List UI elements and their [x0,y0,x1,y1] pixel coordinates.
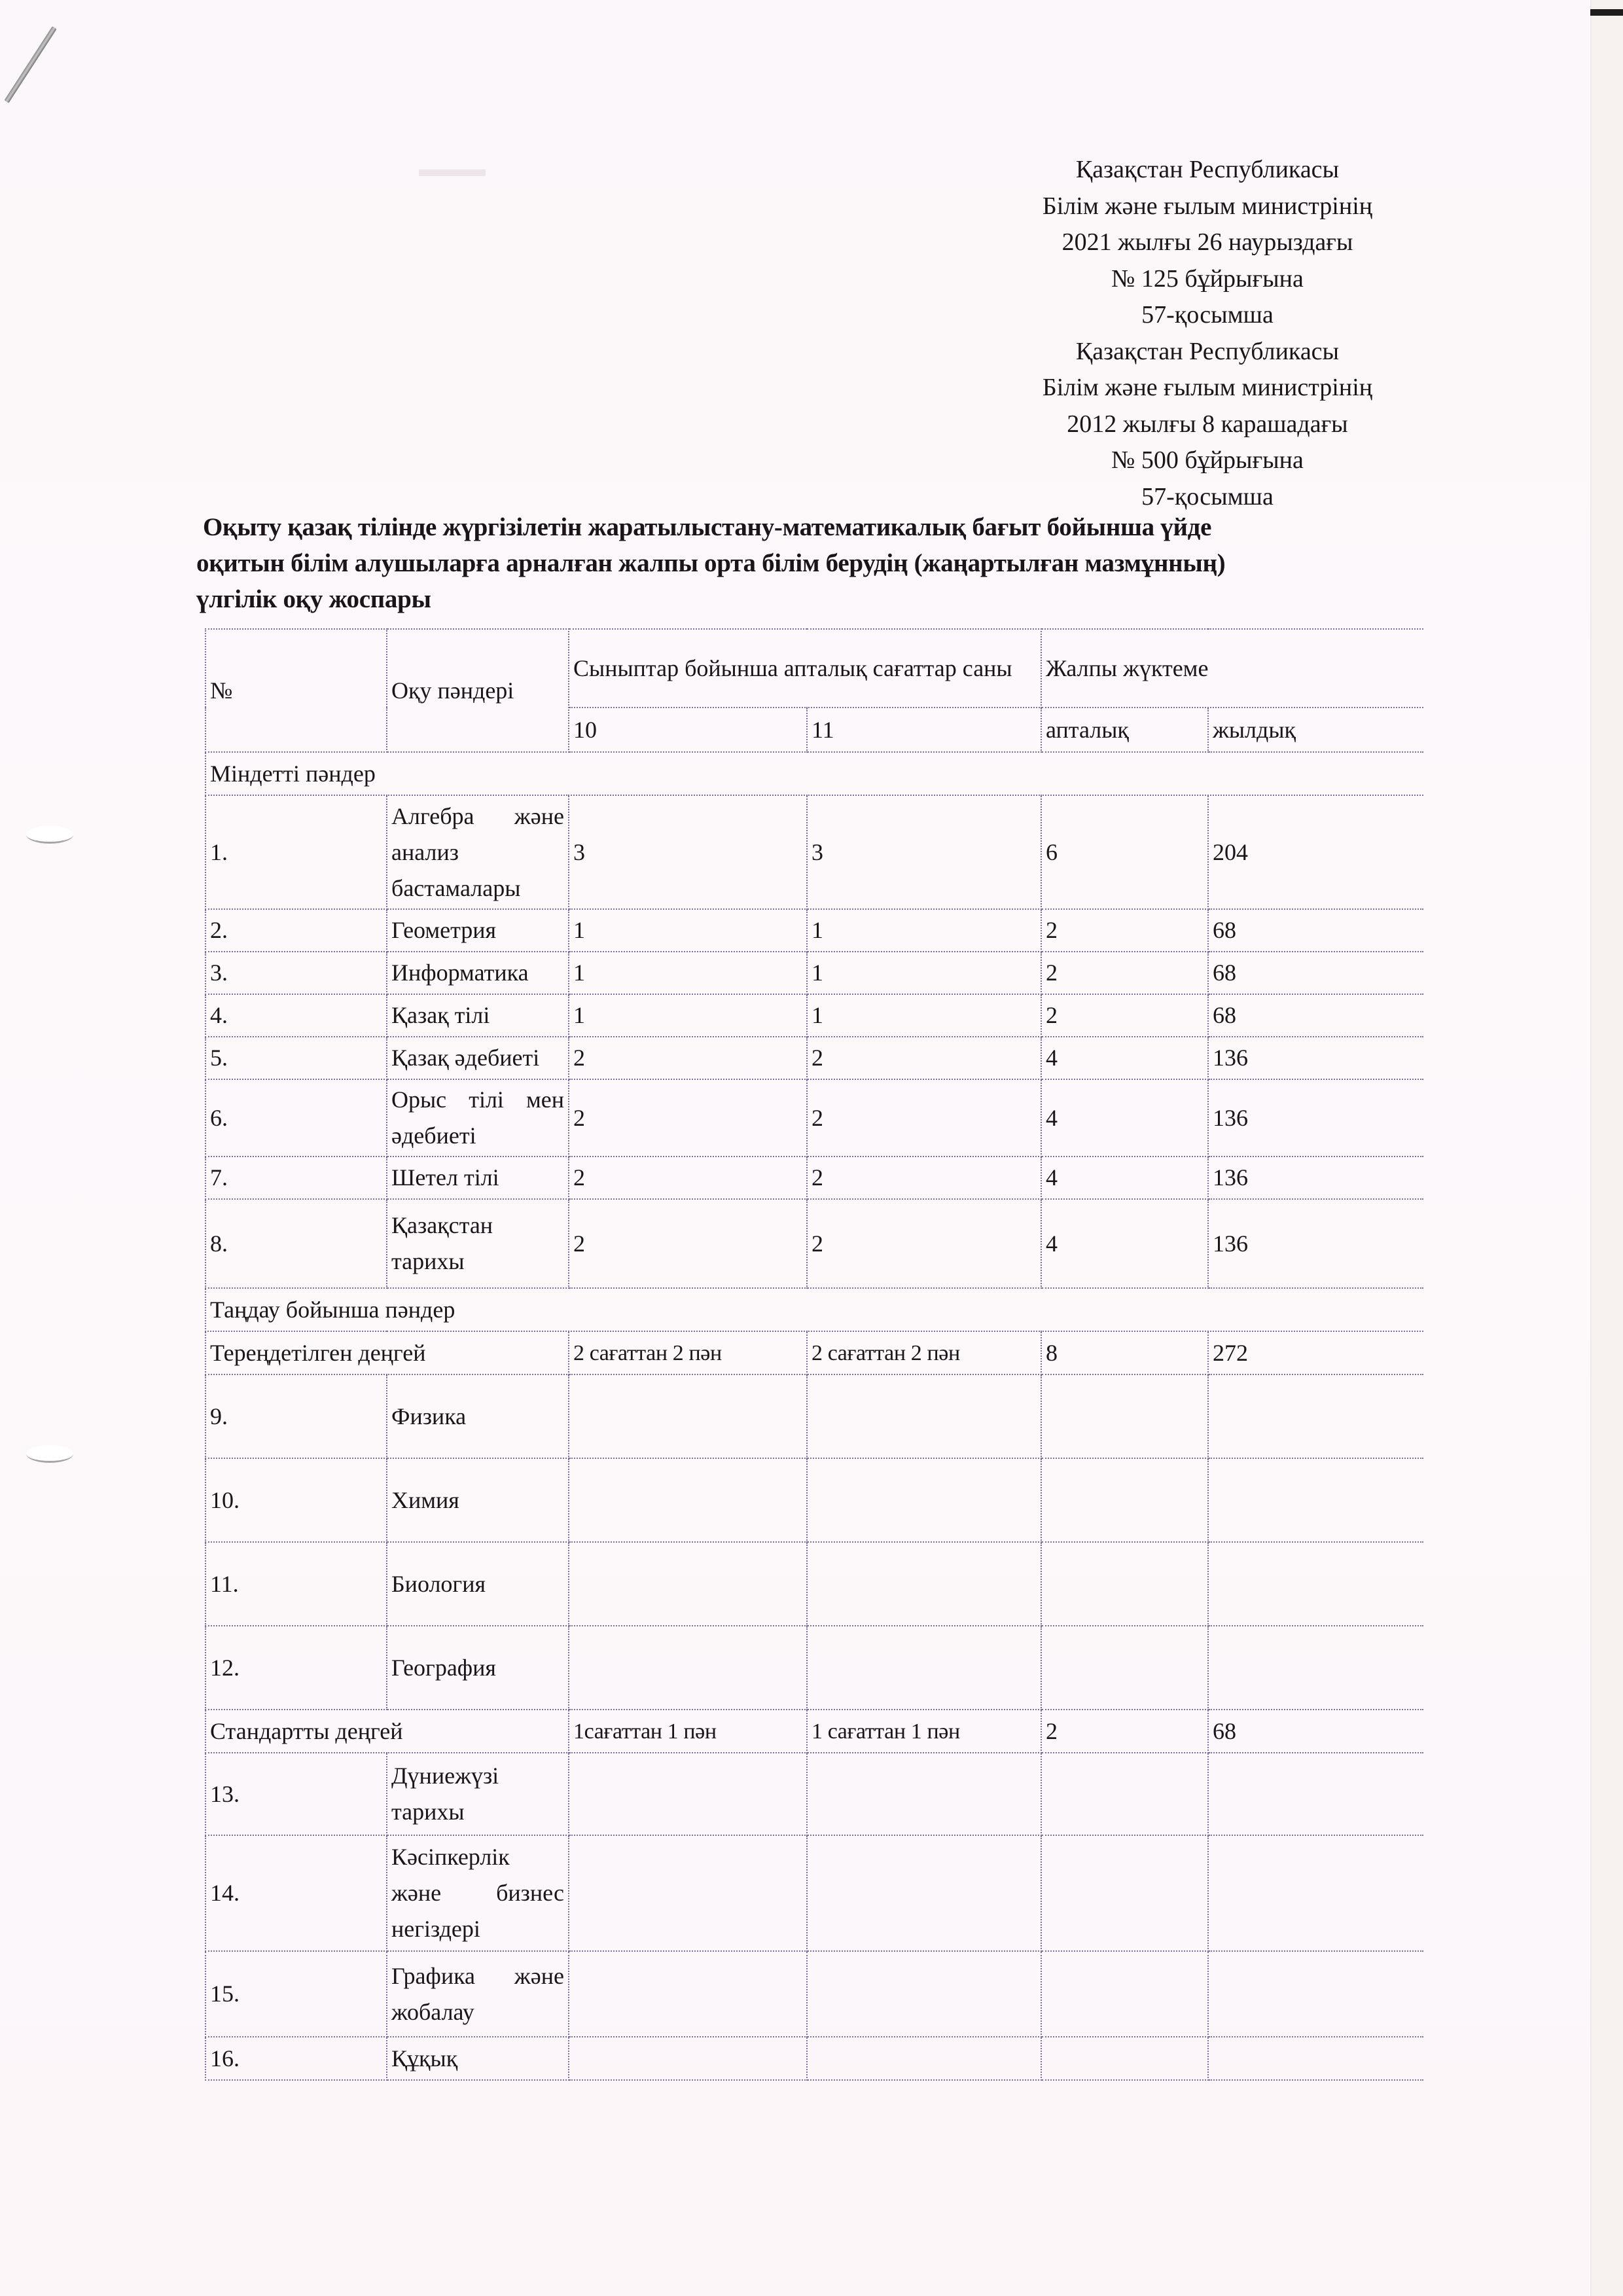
bleed-through-mark: ▬▬▬ [419,157,486,182]
row-weekly [1041,1542,1208,1626]
table-row: 16. Құқық [205,2037,1423,2080]
row-grade-11 [807,2037,1041,2080]
row-subject: Шетел тілі [387,1157,569,1199]
row-subject: Физика [387,1374,569,1458]
scan-edge-shadow [1590,9,1623,16]
level-grade-11: 2 сағаттан 2 пән [807,1331,1041,1374]
row-grade-10: 2 [569,1157,807,1199]
row-weekly [1041,1458,1208,1542]
row-weekly: 2 [1041,952,1208,994]
row-weekly: 6 [1041,795,1208,909]
order-ref-line: 57-қосымша [1011,297,1404,334]
row-yearly: 136 [1208,1199,1423,1288]
table-row: 14. Кәсіпкерлік және бизнес негіздері [205,1835,1423,1951]
row-subject: Алгебра және анализ бастамалары [387,795,569,909]
table-row: 8. Қазақстан тарихы 2 2 4 136 [205,1199,1423,1288]
section-row: Таңдау бойынша пәндер [205,1288,1423,1331]
row-number: 15. [205,1951,387,2037]
row-number: 4. [205,994,387,1037]
row-number: 3. [205,952,387,994]
row-grade-11 [807,1458,1041,1542]
punch-hole-icon [26,1445,73,1463]
level-grade-10: 2 сағаттан 2 пән [569,1331,807,1374]
header-grade-11: 11 [807,708,1041,752]
row-number: 11. [205,1542,387,1626]
row-subject: Қазақ әдебиеті [387,1037,569,1079]
row-grade-10: 2 [569,1079,807,1157]
row-grade-11 [807,1835,1041,1951]
row-weekly [1041,1374,1208,1458]
row-number: 8. [205,1199,387,1288]
row-weekly [1041,2037,1208,2080]
scan-edge [1590,0,1623,2296]
row-grade-10: 2 [569,1037,807,1079]
row-grade-11: 1 [807,994,1041,1037]
row-number: 5. [205,1037,387,1079]
table-row: 5. Қазақ әдебиеті 2 2 4 136 [205,1037,1423,1079]
row-subject: Құқық [387,2037,569,2080]
order-ref-line: Білім және ғылым министрінің [1011,188,1404,225]
table-row: 13. Дүниежүзі тарихы [205,1753,1423,1835]
row-yearly: 68 [1208,909,1423,952]
row-weekly [1041,1951,1208,2037]
row-grade-11: 1 [807,952,1041,994]
row-yearly [1208,1374,1423,1458]
title-line: оқитын білім алушыларға арналған жалпы о… [196,545,1440,581]
title-line: үлгілік оқу жоспары [196,581,1440,617]
table-row: 11. Биология [205,1542,1423,1626]
header-number: № [205,629,387,752]
level-weekly: 2 [1041,1710,1208,1753]
level-label: Стандартты деңгей [205,1710,569,1753]
row-subject: Информатика [387,952,569,994]
row-yearly: 204 [1208,795,1423,909]
row-grade-10: 1 [569,994,807,1037]
row-number: 1. [205,795,387,909]
row-grade-10 [569,1753,807,1835]
row-weekly: 4 [1041,1079,1208,1157]
level-row-advanced: Тереңдетілген деңгей 2 сағаттан 2 пән 2 … [205,1331,1423,1374]
table-row: 10. Химия [205,1458,1423,1542]
row-grade-11: 2 [807,1199,1041,1288]
table-row: 9. Физика [205,1374,1423,1458]
curriculum-table: № Оқу пәндері Сыныптар бойынша апталық с… [205,628,1423,2081]
row-number: 13. [205,1753,387,1835]
level-weekly: 8 [1041,1331,1208,1374]
row-grade-10 [569,1835,807,1951]
row-grade-10: 1 [569,909,807,952]
row-yearly [1208,2037,1423,2080]
row-grade-10: 3 [569,795,807,909]
header-weekly: апталық [1041,708,1208,752]
row-grade-10 [569,1458,807,1542]
table-row: 7. Шетел тілі 2 2 4 136 [205,1157,1423,1199]
punch-hole-icon [26,826,73,844]
header-grade-10: 10 [569,708,807,752]
row-grade-10 [569,1542,807,1626]
row-grade-10: 1 [569,952,807,994]
row-grade-11: 2 [807,1157,1041,1199]
row-number: 2. [205,909,387,952]
row-grade-10 [569,1374,807,1458]
row-yearly [1208,1951,1423,2037]
row-yearly [1208,1458,1423,1542]
row-subject: Кәсіпкерлік және бизнес негіздері [387,1835,569,1951]
row-subject: География [387,1626,569,1710]
row-weekly [1041,1626,1208,1710]
row-subject: Дүниежүзі тарихы [387,1753,569,1835]
level-grade-11: 1 сағаттан 1 пән [807,1710,1041,1753]
row-grade-11 [807,1951,1041,2037]
row-yearly: 136 [1208,1157,1423,1199]
level-label: Тереңдетілген деңгей [205,1331,569,1374]
table-header-row: № Оқу пәндері Сыныптар бойынша апталық с… [205,629,1423,708]
row-grade-11: 2 [807,1079,1041,1157]
table-row: 12. География [205,1626,1423,1710]
table-row: 4. Қазақ тілі 1 1 2 68 [205,994,1423,1037]
row-subject: Графика және жобалау [387,1951,569,2037]
row-subject: Химия [387,1458,569,1542]
row-grade-10 [569,1951,807,2037]
row-weekly: 4 [1041,1157,1208,1199]
table-row: 2. Геометрия 1 1 2 68 [205,909,1423,952]
row-subject: Биология [387,1542,569,1626]
row-number: 10. [205,1458,387,1542]
level-yearly: 68 [1208,1710,1423,1753]
level-grade-10: 1сағаттан 1 пән [569,1710,807,1753]
row-grade-11 [807,1374,1041,1458]
order-ref-line: Білім және ғылым министрінің [1011,370,1404,406]
row-weekly: 2 [1041,994,1208,1037]
row-grade-11: 2 [807,1037,1041,1079]
row-subject: Геометрия [387,909,569,952]
row-number: 6. [205,1079,387,1157]
row-yearly: 136 [1208,1079,1423,1157]
row-number: 16. [205,2037,387,2080]
row-weekly: 2 [1041,909,1208,952]
row-number: 14. [205,1835,387,1951]
row-grade-11: 1 [807,909,1041,952]
order-ref-line: Қазақстан Республикасы [1011,152,1404,188]
row-yearly: 68 [1208,952,1423,994]
header-yearly: жылдық [1208,708,1423,752]
table-row: 3. Информатика 1 1 2 68 [205,952,1423,994]
row-subject: Қазақ тілі [387,994,569,1037]
header-weekly-hours: Сыныптар бойынша апталық сағаттар саны [569,629,1041,708]
section-row: Міндетті пәндер [205,752,1423,795]
row-subject: Орыс тілі мен әдебиеті [387,1079,569,1157]
row-grade-11: 3 [807,795,1041,909]
row-yearly [1208,1626,1423,1710]
order-ref-line: № 500 бұйрығына [1011,442,1404,479]
row-yearly: 68 [1208,994,1423,1037]
row-number: 12. [205,1626,387,1710]
row-yearly [1208,1835,1423,1951]
row-grade-11 [807,1626,1041,1710]
row-grade-11 [807,1753,1041,1835]
order-ref-line: № 125 бұйрығына [1011,261,1404,298]
row-weekly [1041,1835,1208,1951]
row-weekly [1041,1753,1208,1835]
row-yearly [1208,1753,1423,1835]
row-yearly: 136 [1208,1037,1423,1079]
table-row: 15. Графика және жобалау [205,1951,1423,2037]
row-subject: Қазақстан тарихы [387,1199,569,1288]
section-elective: Таңдау бойынша пәндер [205,1288,1423,1331]
row-weekly: 4 [1041,1037,1208,1079]
section-mandatory: Міндетті пәндер [205,752,1423,795]
level-row-standard: Стандартты деңгей 1сағаттан 1 пән 1 саға… [205,1710,1423,1753]
row-weekly: 4 [1041,1199,1208,1288]
row-grade-11 [807,1542,1041,1626]
row-number: 7. [205,1157,387,1199]
order-ref-line: Қазақстан Республикасы [1011,334,1404,370]
row-number: 9. [205,1374,387,1458]
title-line: Оқыту қазақ тілінде жүргізілетін жаратыл… [196,509,1440,545]
level-yearly: 272 [1208,1331,1423,1374]
row-grade-10: 2 [569,1199,807,1288]
table-row: 1. Алгебра және анализ бастамалары 3 3 6… [205,795,1423,909]
document-title: Оқыту қазақ тілінде жүргізілетін жаратыл… [196,509,1440,617]
table-row: 6. Орыс тілі мен әдебиеті 2 2 4 136 [205,1079,1423,1157]
row-grade-10 [569,1626,807,1710]
row-grade-10 [569,2037,807,2080]
order-ref-line: 2012 жылғы 8 карашадағы [1011,406,1404,443]
order-ref-line: 2021 жылғы 26 наурыздағы [1011,224,1404,261]
order-reference: Қазақстан Республикасы Білім және ғылым … [1011,152,1404,515]
row-yearly [1208,1542,1423,1626]
header-total-load: Жалпы жүктеме [1041,629,1423,708]
header-subjects: Оқу пәндері [387,629,569,752]
